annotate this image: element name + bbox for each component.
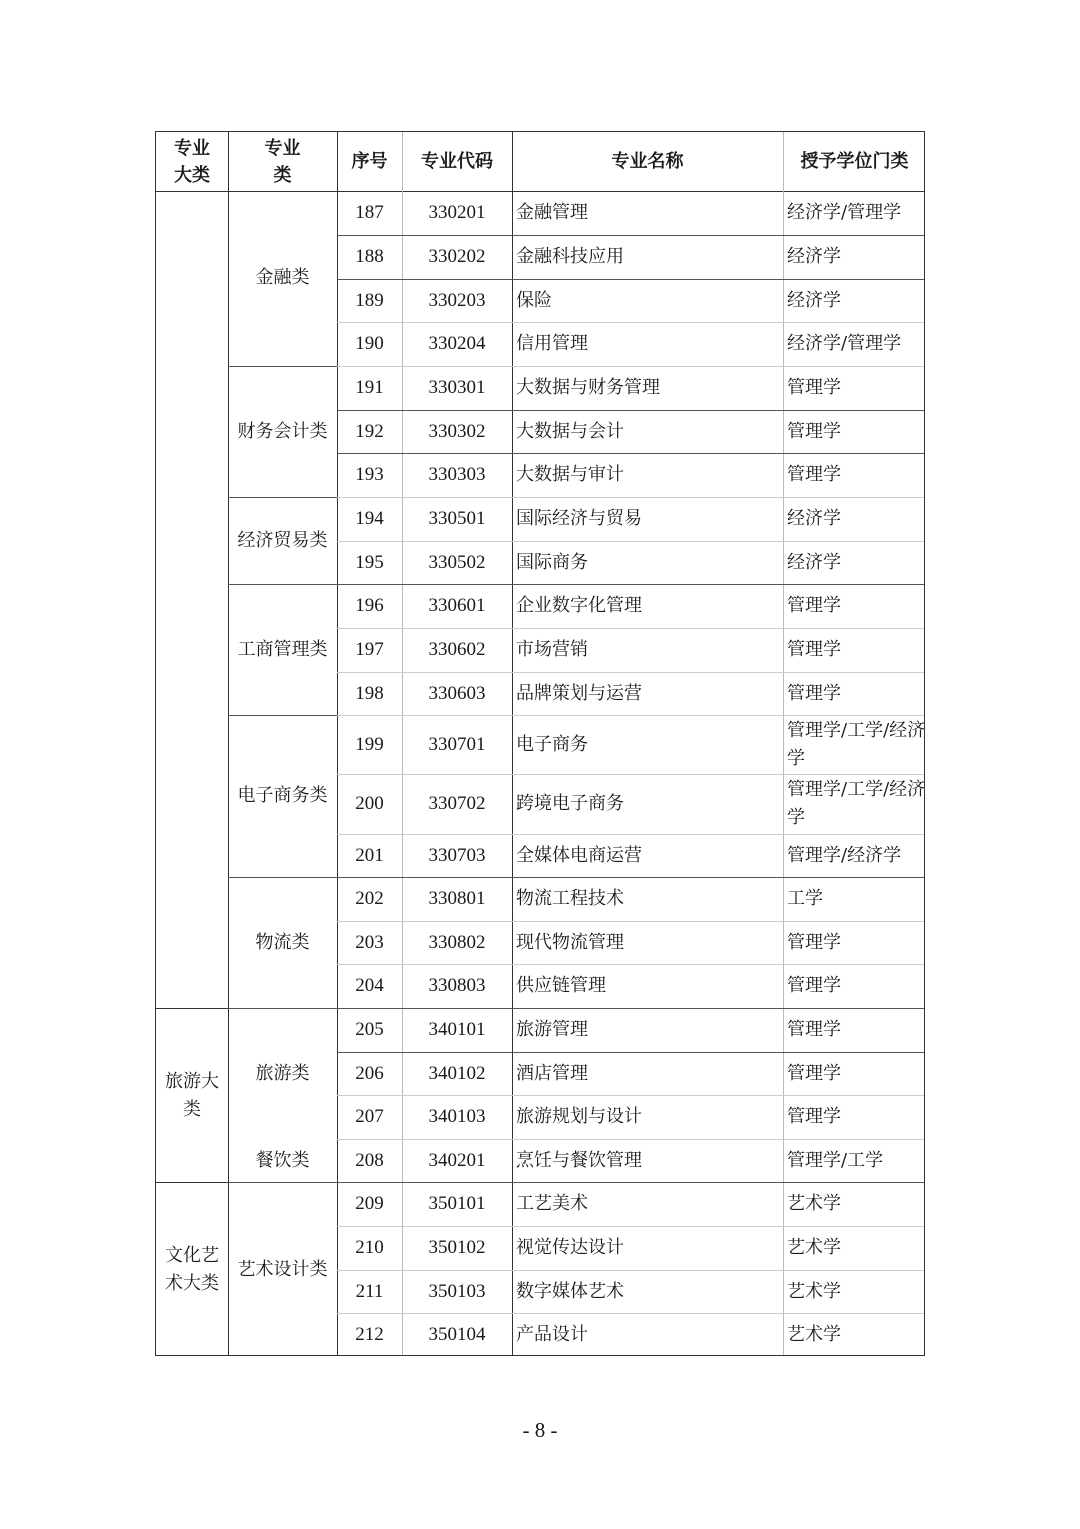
- seq-cell: 208: [337, 1139, 402, 1182]
- code-cell: 330302: [402, 410, 512, 453]
- code-cell: 330501: [402, 497, 512, 541]
- seq-cell: 191: [337, 366, 402, 410]
- code-cell: 340101: [402, 1008, 512, 1052]
- row-divider: [337, 235, 924, 236]
- row-divider: [337, 1139, 924, 1140]
- degree-cell: 管理学: [783, 410, 926, 453]
- code-cell: 340102: [402, 1052, 512, 1095]
- name-cell: 跨境电子商务: [512, 774, 783, 834]
- seq-cell: 202: [337, 877, 402, 921]
- header-major-class: 专业 类: [228, 132, 337, 191]
- degree-cell: 管理学: [783, 1052, 926, 1095]
- seq-cell: 205: [337, 1008, 402, 1052]
- row-divider: [337, 1226, 924, 1227]
- code-cell: 350104: [402, 1313, 512, 1357]
- seq-cell: 195: [337, 541, 402, 584]
- degree-cell: 管理学: [783, 453, 926, 497]
- code-cell: 330202: [402, 235, 512, 279]
- row-divider: [337, 1095, 924, 1096]
- code-cell: 350103: [402, 1270, 512, 1313]
- name-cell: 电子商务: [512, 715, 783, 774]
- code-cell: 330702: [402, 774, 512, 834]
- name-cell: 旅游规划与设计: [512, 1095, 783, 1139]
- degree-cell: 管理学/经济学: [783, 834, 926, 877]
- row-divider: [337, 1052, 924, 1053]
- seq-cell: 204: [337, 964, 402, 1008]
- seq-cell: 201: [337, 834, 402, 877]
- code-cell: 330201: [402, 191, 512, 235]
- degree-cell: 经济学/管理学: [783, 191, 926, 235]
- header-name: 专业名称: [512, 132, 783, 191]
- seq-cell: 210: [337, 1226, 402, 1270]
- major-class-cell: 艺术设计类: [228, 1182, 337, 1357]
- name-cell: 现代物流管理: [512, 921, 783, 964]
- name-cell: 大数据与会计: [512, 410, 783, 453]
- name-cell: 大数据与审计: [512, 453, 783, 497]
- name-cell: 市场营销: [512, 628, 783, 672]
- seq-cell: 190: [337, 322, 402, 366]
- seq-cell: 187: [337, 191, 402, 235]
- degree-cell: 工学: [783, 877, 926, 921]
- header-degree: 授予学位门类: [783, 132, 926, 191]
- seq-cell: 212: [337, 1313, 402, 1357]
- row-divider: [337, 1270, 924, 1271]
- row-divider: [337, 410, 924, 411]
- name-cell: 酒店管理: [512, 1052, 783, 1095]
- page-number: - 8 -: [0, 1418, 1080, 1443]
- degree-cell: 管理学: [783, 1008, 926, 1052]
- degree-cell: 艺术学: [783, 1226, 926, 1270]
- degree-cell: 管理学: [783, 921, 926, 964]
- name-cell: 国际商务: [512, 541, 783, 584]
- row-divider: [337, 834, 924, 835]
- name-cell: 信用管理: [512, 322, 783, 366]
- name-cell: 产品设计: [512, 1313, 783, 1357]
- name-cell: 旅游管理: [512, 1008, 783, 1052]
- degree-cell: 管理学: [783, 628, 926, 672]
- seq-cell: 192: [337, 410, 402, 453]
- degree-cell: 管理学: [783, 964, 926, 1008]
- row-divider: [337, 1182, 924, 1183]
- degree-cell: 艺术学: [783, 1313, 926, 1357]
- major-class-cell: 工商管理类: [228, 584, 337, 715]
- degree-cell: 艺术学: [783, 1270, 926, 1313]
- row-divider: [337, 774, 924, 775]
- row-divider: [337, 497, 924, 498]
- name-cell: 全媒体电商运营: [512, 834, 783, 877]
- code-cell: 340103: [402, 1095, 512, 1139]
- row-divider: [337, 1313, 924, 1314]
- row-divider: [337, 628, 924, 629]
- code-cell: 330603: [402, 672, 512, 715]
- row-divider: [337, 964, 924, 965]
- code-cell: 330303: [402, 453, 512, 497]
- name-cell: 大数据与财务管理: [512, 366, 783, 410]
- major-category-cell: [156, 191, 228, 1008]
- header-major-category: 专业 大类: [156, 132, 228, 191]
- degree-cell: 经济学/管理学: [783, 322, 926, 366]
- code-cell: 350102: [402, 1226, 512, 1270]
- seq-cell: 188: [337, 235, 402, 279]
- code-cell: 330802: [402, 921, 512, 964]
- major-class-cell: 金融类: [228, 191, 337, 365]
- code-cell: 330601: [402, 584, 512, 628]
- row-divider: [337, 921, 924, 922]
- majors-table: 专业 大类 专业 类 序号 专业代码 专业名称 授予学位门类 旅游大类 文化艺术…: [155, 131, 925, 1356]
- degree-cell: 管理学: [783, 584, 926, 628]
- degree-cell: 经济学: [783, 541, 926, 584]
- name-cell: 烹饪与餐饮管理: [512, 1139, 783, 1182]
- code-cell: 330502: [402, 541, 512, 584]
- major-category-cell: 旅游大类: [162, 1009, 222, 1182]
- name-cell: 金融科技应用: [512, 235, 783, 279]
- name-cell: 品牌策划与运营: [512, 672, 783, 715]
- seq-cell: 193: [337, 453, 402, 497]
- seq-cell: 189: [337, 279, 402, 322]
- code-cell: 330801: [402, 877, 512, 921]
- row-divider: [337, 715, 924, 716]
- degree-cell: 经济学: [783, 497, 926, 541]
- seq-cell: 199: [337, 715, 402, 774]
- major-category-cell: 文化艺术大类: [162, 1183, 222, 1357]
- seq-cell: 207: [337, 1095, 402, 1139]
- code-cell: 330701: [402, 715, 512, 774]
- seq-cell: 203: [337, 921, 402, 964]
- header-seq: 序号: [337, 132, 402, 191]
- major-class-cell: 旅游类: [228, 1008, 337, 1139]
- row-divider: [337, 366, 924, 367]
- row-divider: [337, 584, 924, 585]
- name-cell: 保险: [512, 279, 783, 322]
- name-cell: 视觉传达设计: [512, 1226, 783, 1270]
- name-cell: 金融管理: [512, 191, 783, 235]
- row-divider: [337, 1008, 924, 1009]
- code-cell: 330602: [402, 628, 512, 672]
- seq-cell: 211: [337, 1270, 402, 1313]
- major-class-cell: 餐饮类: [228, 1139, 337, 1182]
- name-cell: 企业数字化管理: [512, 584, 783, 628]
- code-cell: 350101: [402, 1182, 512, 1226]
- seq-cell: 196: [337, 584, 402, 628]
- seq-cell: 194: [337, 497, 402, 541]
- name-cell: 国际经济与贸易: [512, 497, 783, 541]
- degree-cell: 管理学/工学/经济学: [783, 774, 926, 834]
- name-cell: 数字媒体艺术: [512, 1270, 783, 1313]
- major-class-cell: 物流类: [228, 877, 337, 1008]
- seq-cell: 200: [337, 774, 402, 834]
- row-divider: [337, 322, 924, 323]
- name-cell: 供应链管理: [512, 964, 783, 1008]
- row-divider: [337, 541, 924, 542]
- code-cell: 330204: [402, 322, 512, 366]
- document-page: 专业 大类 专业 类 序号 专业代码 专业名称 授予学位门类 旅游大类 文化艺术…: [0, 0, 1080, 1529]
- code-cell: 330301: [402, 366, 512, 410]
- seq-cell: 198: [337, 672, 402, 715]
- name-cell: 工艺美术: [512, 1182, 783, 1226]
- seq-cell: 209: [337, 1182, 402, 1226]
- name-cell: 物流工程技术: [512, 877, 783, 921]
- major-class-cell: 财务会计类: [228, 366, 337, 497]
- degree-cell: 管理学: [783, 1095, 926, 1139]
- degree-cell: 艺术学: [783, 1182, 926, 1226]
- code-cell: 340201: [402, 1139, 512, 1182]
- degree-cell: 管理学/工学/经济学: [783, 715, 926, 774]
- row-divider: [337, 877, 924, 878]
- degree-cell: 经济学: [783, 235, 926, 279]
- code-cell: 330203: [402, 279, 512, 322]
- major-class-cell: 电子商务类: [228, 715, 337, 877]
- degree-cell: 管理学: [783, 672, 926, 715]
- row-divider: [337, 279, 924, 280]
- degree-cell: 管理学/工学: [783, 1139, 926, 1182]
- seq-cell: 197: [337, 628, 402, 672]
- header-code: 专业代码: [402, 132, 512, 191]
- row-divider: [337, 672, 924, 673]
- major-class-cell: 经济贸易类: [228, 497, 337, 584]
- code-cell: 330703: [402, 834, 512, 877]
- degree-cell: 管理学: [783, 366, 926, 410]
- seq-cell: 206: [337, 1052, 402, 1095]
- code-cell: 330803: [402, 964, 512, 1008]
- row-divider: [337, 453, 924, 454]
- degree-cell: 经济学: [783, 279, 926, 322]
